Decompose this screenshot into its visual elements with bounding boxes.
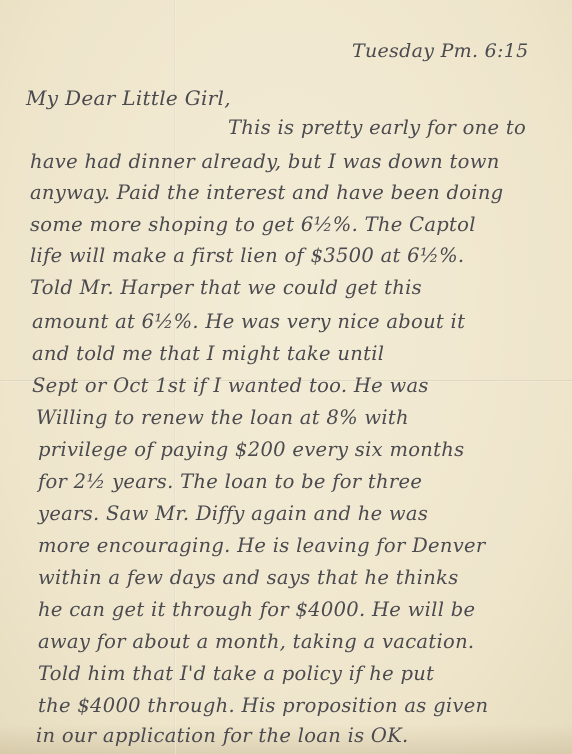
letter-line: Told Mr. Harper that we could get this bbox=[30, 276, 422, 299]
letter-line: some more shoping to get 6½%. The Captol bbox=[30, 213, 476, 236]
letter-line: within a few days and says that he think… bbox=[38, 566, 459, 589]
letter-line: he can get it through for $4000. He will… bbox=[38, 598, 475, 621]
letter-line: amount at 6½%. He was very nice about it bbox=[32, 310, 465, 333]
letter-line: the $4000 through. His proposition as gi… bbox=[38, 694, 488, 717]
letter-line: Told him that I'd take a policy if he pu… bbox=[38, 662, 434, 685]
letter-line: privilege of paying $200 every six month… bbox=[38, 438, 464, 461]
letter-line: more encouraging. He is leaving for Denv… bbox=[38, 534, 485, 557]
letter-line: Willing to renew the loan at 8% with bbox=[36, 406, 409, 429]
letter-dateline: Tuesday Pm. 6:15 bbox=[352, 40, 529, 62]
letter-line: in our application for the loan is OK. bbox=[36, 724, 409, 747]
letter-line: away for about a month, taking a vacatio… bbox=[38, 630, 474, 653]
letter-line: and told me that I might take until bbox=[32, 342, 384, 365]
letter-page: Tuesday Pm. 6:15 My Dear Little Girl, Th… bbox=[0, 0, 572, 754]
letter-line: This is pretty early for one to bbox=[228, 116, 526, 139]
letter-line: anyway. Paid the interest and have been … bbox=[30, 181, 503, 204]
letter-line: Sept or Oct 1st if I wanted too. He was bbox=[32, 374, 429, 397]
letter-line: years. Saw Mr. Diffy again and he was bbox=[38, 502, 428, 525]
letter-salutation: My Dear Little Girl, bbox=[26, 86, 231, 110]
letter-line: life will make a first lien of $3500 at … bbox=[30, 244, 464, 267]
letter-line: for 2½ years. The loan to be for three bbox=[38, 470, 422, 493]
letter-line: have had dinner already, but I was down … bbox=[30, 150, 500, 173]
